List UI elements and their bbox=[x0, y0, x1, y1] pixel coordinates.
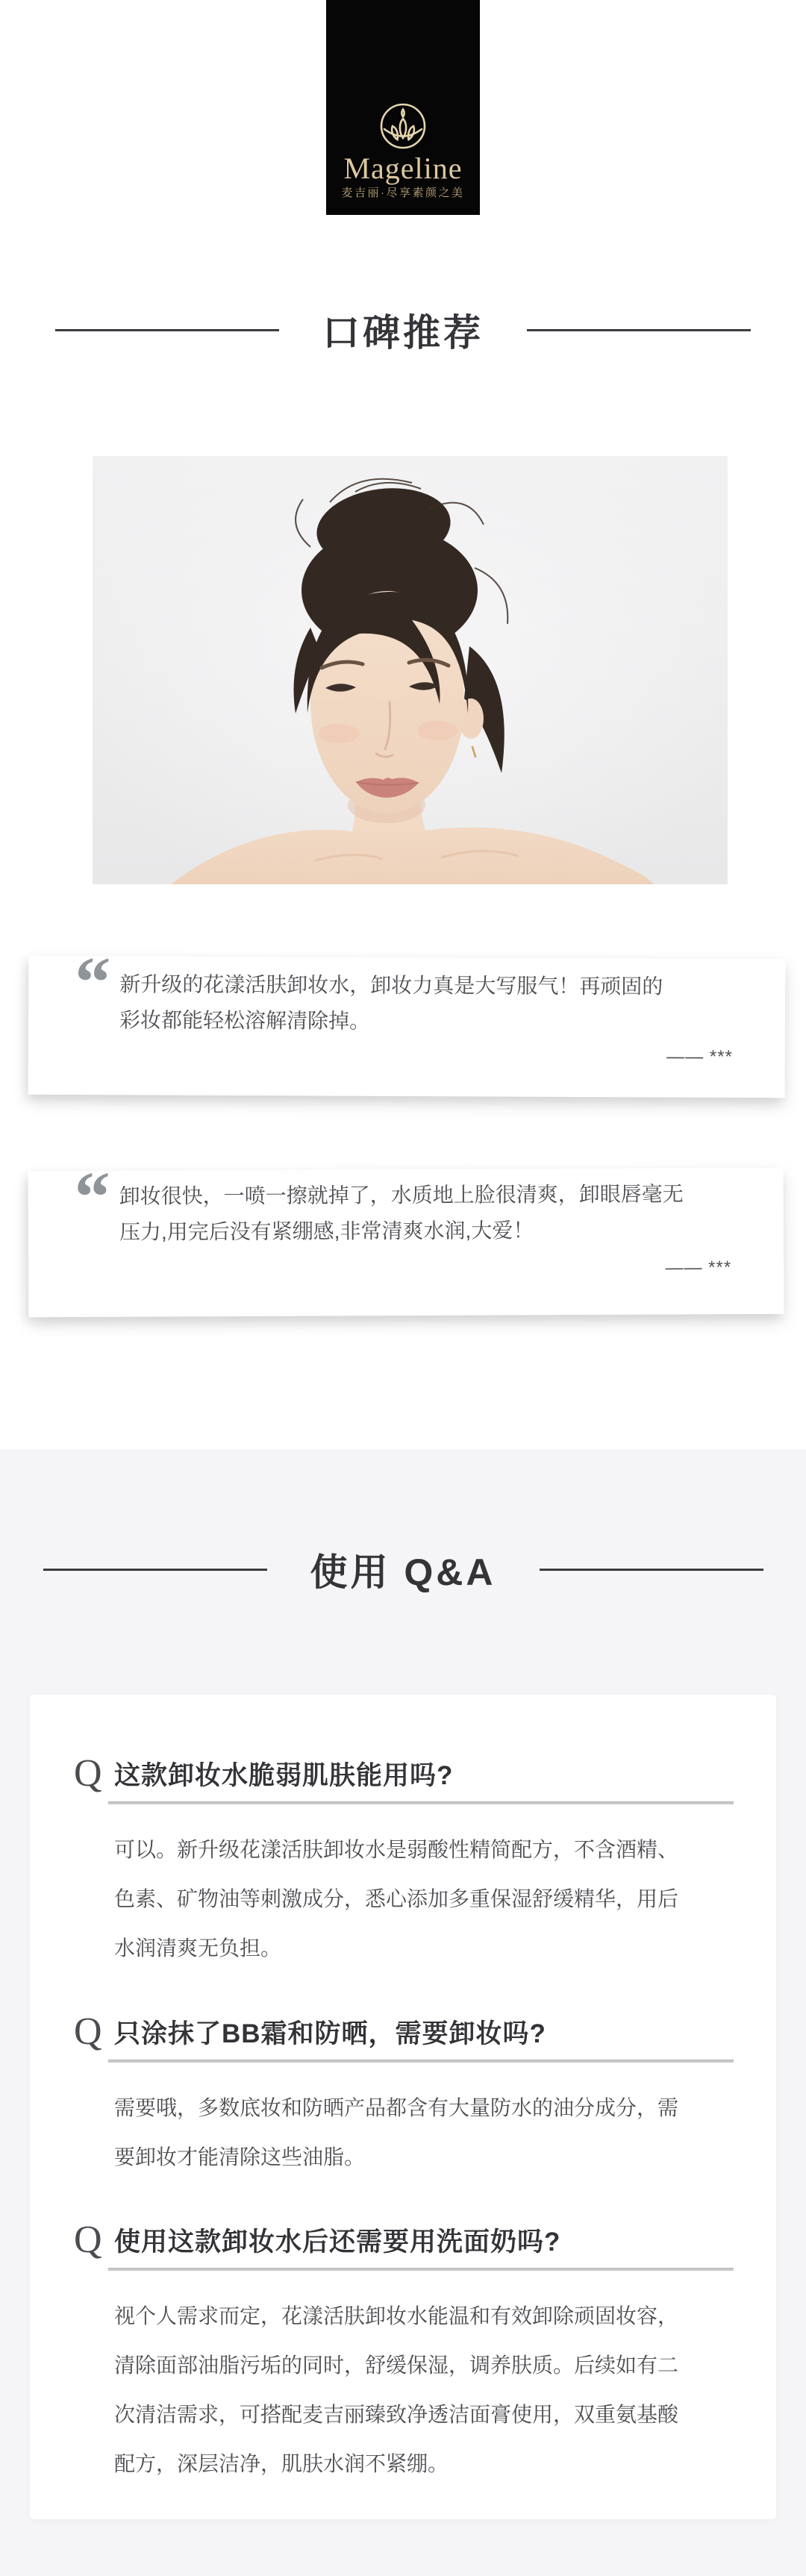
double-quote-icon: “ bbox=[75, 1177, 110, 1217]
qa-divider bbox=[108, 2268, 734, 2271]
qa-question: 只涂抹了BB霜和防晒，需要卸妆吗? bbox=[114, 2013, 546, 2051]
title-decor-line-left bbox=[55, 329, 279, 331]
title-decor-line-right bbox=[540, 1569, 763, 1571]
qa-title-text: 使用 Q&A bbox=[310, 1542, 496, 1596]
qa-item-3: Q 使用这款卸妆水后还需要用洗面奶吗? 视个人需求而定，花漾活肤卸妆水能温和有效… bbox=[74, 2213, 738, 2489]
qa-answer: 可以。新升级花漾活肤卸妆水是弱酸性精简配方，不含酒精、 色素、矿物油等刺激成分，… bbox=[114, 1825, 765, 1973]
reviews-title-text: 口碑推荐 bbox=[322, 303, 484, 357]
mageline-crown-emblem-icon bbox=[379, 101, 427, 151]
testimonial-card-2: “ 卸妆很快，一喷一擦就掉了，水质地上脸很清爽，卸眼唇毫无 压力,用完后没有紧绷… bbox=[28, 1168, 784, 1317]
testimonial-signature: —— *** bbox=[666, 1047, 733, 1068]
qa-item-2: Q 只涂抹了BB霜和防晒，需要卸妆吗? 需要哦，多数底妆和防晒产品都含有大量防水… bbox=[74, 2004, 738, 2182]
testimonial-text: 新升级的花漾活肤卸妆水，卸妆力真是大写服气！再顽固的 彩妆都能轻松溶解清除掉。 bbox=[119, 966, 761, 1041]
model-portrait-illustration bbox=[93, 456, 728, 884]
title-decor-line-left bbox=[43, 1569, 267, 1571]
double-quote-icon: “ bbox=[75, 962, 110, 1002]
qa-section-title: 使用 Q&A bbox=[0, 1547, 806, 1592]
q-mark-label: Q bbox=[74, 2004, 107, 2060]
qa-divider bbox=[108, 2060, 734, 2063]
brand-name: Mageline bbox=[326, 151, 480, 186]
qa-question: 使用这款卸妆水后还需要用洗面奶吗? bbox=[114, 2222, 560, 2259]
reviews-section-title: 口碑推荐 bbox=[0, 307, 806, 352]
qa-answer: 视个人需求而定，花漾活肤卸妆水能温和有效卸除顽固妆容， 清除面部油脂污垢的同时，… bbox=[114, 2292, 765, 2489]
testimonial-signature: —— *** bbox=[665, 1257, 731, 1278]
brand-tagline: 麦吉丽·尽享素颜之美 bbox=[326, 184, 480, 200]
title-decor-line-right bbox=[527, 329, 751, 331]
brand-logo: Mageline 麦吉丽·尽享素颜之美 bbox=[326, 0, 480, 215]
qa-item-1: Q 这款卸妆水脆弱肌肤能用吗? 可以。新升级花漾活肤卸妆水是弱酸性精简配方，不含… bbox=[74, 1746, 738, 1973]
model-portrait-photo bbox=[93, 456, 728, 884]
testimonial-card-1: “ 新升级的花漾活肤卸妆水，卸妆力真是大写服气！再顽固的 彩妆都能轻松溶解清除掉… bbox=[28, 956, 786, 1098]
q-mark-label: Q bbox=[74, 2213, 107, 2268]
qa-divider bbox=[108, 1801, 734, 1804]
testimonial-text: 卸妆很快，一喷一擦就掉了，水质地上脸很清爽，卸眼唇毫无 压力,用完后没有紧绷感,… bbox=[119, 1176, 761, 1251]
qa-question: 这款卸妆水脆弱肌肤能用吗? bbox=[114, 1755, 453, 1792]
q-mark-label: Q bbox=[74, 1746, 107, 1801]
qa-answer: 需要哦，多数底妆和防晒产品都含有大量防水的油分成分，需 要卸妆才能清除这些油脂。 bbox=[114, 2083, 765, 2182]
